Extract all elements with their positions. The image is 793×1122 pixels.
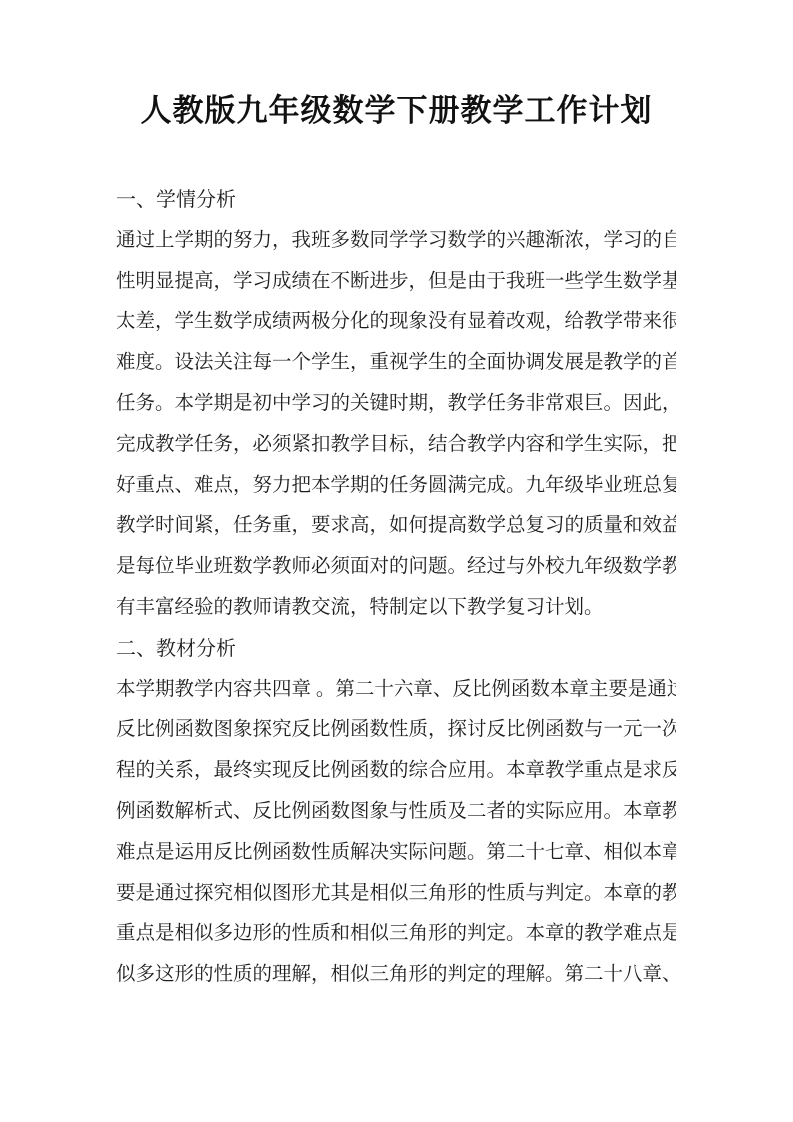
text-line: 反比例函数图象探究反比例函数性质，探讨反比例函数与一元一次方 xyxy=(116,710,676,751)
text-line: 重点是相似多边形的性质和相似三角形的判定。本章的教学难点是相 xyxy=(116,914,676,955)
text-line: 难点是运用反比例函数性质解决实际问题。第二十七章、相似本章主 xyxy=(116,833,676,874)
document-body: 一、学情分析通过上学期的努力，我班多数同学学习数学的兴趣渐浓，学习的自觉性明显提… xyxy=(116,180,676,996)
section-heading: 二、教材分析 xyxy=(116,629,676,670)
text-line: 太差，学生数学成绩两极分化的现象没有显着改观，给教学带来很大 xyxy=(116,302,676,343)
text-line: 难度。设法关注每一个学生，重视学生的全面协调发展是教学的首要 xyxy=(116,343,676,384)
text-line: 性明显提高，学习成绩在不断进步，但是由于我班一些学生数学基础 xyxy=(116,262,676,303)
text-line: 教学时间紧，任务重，要求高，如何提高数学总复习的质量和效益， xyxy=(116,506,676,547)
document-page: 人教版九年级数学下册教学工作计划 一、学情分析通过上学期的努力，我班多数同学学习… xyxy=(0,0,793,1122)
text-line: 似多这形的性质的理解，相似三角形的判定的理解。第二十八章、锐 xyxy=(116,955,676,996)
text-line: 有丰富经验的教师请教交流，特制定以下教学复习计划。 xyxy=(116,588,676,629)
text-line: 本学期教学内容共四章 。第二十六章、反比例函数本章主要是通过 xyxy=(116,670,676,711)
text-line: 例函数解析式、反比例函数图象与性质及二者的实际应用。本章教学 xyxy=(116,792,676,833)
text-line: 要是通过探究相似图形尤其是相似三角形的性质与判定。本章的教学 xyxy=(116,874,676,915)
text-line: 程的关系，最终实现反比例函数的综合应用。本章教学重点是求反比 xyxy=(116,751,676,792)
text-line: 任务。本学期是初中学习的关键时期，教学任务非常艰巨。因此，要 xyxy=(116,384,676,425)
text-line: 完成教学任务，必须紧扣教学目标，结合教学内容和学生实际，把握 xyxy=(116,425,676,466)
document-title: 人教版九年级数学下册教学工作计划 xyxy=(0,0,793,134)
section-2: 二、教材分析本学期教学内容共四章 。第二十六章、反比例函数本章主要是通过反比例函… xyxy=(116,629,676,996)
text-line: 好重点、难点，努力把本学期的任务圆满完成。九年级毕业班总复习 xyxy=(116,466,676,507)
text-line: 通过上学期的努力，我班多数同学学习数学的兴趣渐浓，学习的自觉 xyxy=(116,221,676,262)
text-line: 是每位毕业班数学教师必须面对的问题。经过与外校九年级数学教学 xyxy=(116,547,676,588)
section-1: 一、学情分析通过上学期的努力，我班多数同学学习数学的兴趣渐浓，学习的自觉性明显提… xyxy=(116,180,676,629)
section-heading: 一、学情分析 xyxy=(116,180,676,221)
